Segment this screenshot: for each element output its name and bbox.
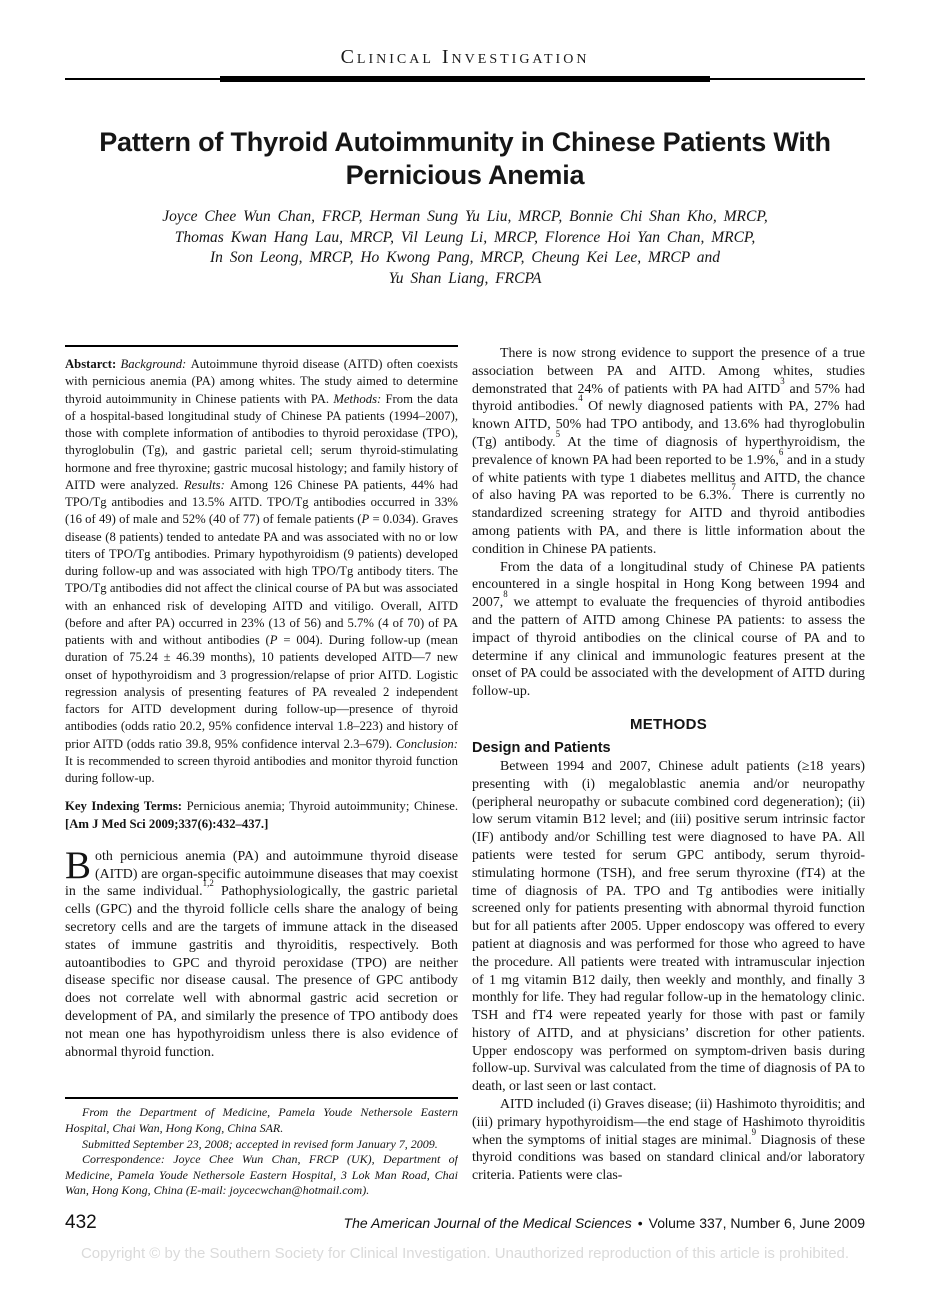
journal-section-label: Clinical Investigation: [65, 0, 865, 69]
left-column: Abstarct: Background: Autoimmune thyroid…: [65, 345, 458, 1199]
issue-info: Volume 337, Number 6, June 2009: [649, 1215, 865, 1231]
footer-bullet: •: [632, 1215, 649, 1231]
background-paragraph-2: From the data of a longitudinal study of…: [472, 559, 865, 701]
right-column: There is now strong evidence to support …: [472, 345, 865, 1199]
header-rule-thin-left: [65, 78, 220, 80]
header-rule: [65, 76, 865, 82]
footnote-block: From the Department of Medicine, Pamela …: [65, 1097, 458, 1199]
abstract-text: Abstarct: Background: Autoimmune thyroid…: [65, 356, 458, 787]
author-line: In Son Leong, MRCP, Ho Kwong Pang, MRCP,…: [65, 248, 865, 269]
abstract-top-rule: [65, 345, 458, 347]
page-footer: 432 The American Journal of the Medical …: [65, 1212, 865, 1234]
key-indexing-terms: Key Indexing Terms: Pernicious anemia; T…: [65, 798, 458, 833]
intro-paragraph-text: oth pernicious anemia (PA) and autoimmun…: [65, 849, 458, 1060]
running-footer: The American Journal of the Medical Scie…: [344, 1215, 865, 1231]
author-block: Joyce Chee Wun Chan, FRCP, Herman Sung Y…: [65, 207, 865, 289]
background-paragraph-1: There is now strong evidence to support …: [472, 345, 865, 559]
journal-page: Clinical Investigation Pattern of Thyroi…: [0, 0, 930, 1262]
author-line: Yu Shan Liang, FRCPA: [65, 269, 865, 290]
footnote-dates: Submitted September 23, 2008; accepted i…: [65, 1137, 458, 1153]
methods-paragraph-1: Between 1994 and 2007, Chinese adult pat…: [472, 758, 865, 1096]
author-line: Joyce Chee Wun Chan, FRCP, Herman Sung Y…: [65, 207, 865, 228]
copyright-watermark: Copyright © by the Southern Society for …: [65, 1245, 865, 1262]
header-rule-thin-right: [710, 78, 865, 80]
article-title: Pattern of Thyroid Autoimmunity in Chine…: [84, 126, 846, 192]
drop-cap: B: [65, 848, 95, 881]
methods-paragraph-2: AITD included (i) Graves disease; (ii) H…: [472, 1096, 865, 1185]
two-column-body: Abstarct: Background: Autoimmune thyroid…: [65, 345, 865, 1199]
header-rule-thick-center: [220, 76, 710, 82]
page-number: 432: [65, 1212, 97, 1234]
intro-paragraph: Both pernicious anemia (PA) and autoimmu…: [65, 848, 458, 1062]
footnote-correspondence: Correspondence: Joyce Chee Wun Chan, FRC…: [65, 1152, 458, 1199]
footnote-affiliation: From the Department of Medicine, Pamela …: [65, 1105, 458, 1136]
methods-heading: METHODS: [472, 716, 865, 733]
author-line: Thomas Kwan Hang Lau, MRCP, Vil Leung Li…: [65, 228, 865, 249]
journal-name: The American Journal of the Medical Scie…: [344, 1215, 632, 1231]
design-and-patients-heading: Design and Patients: [472, 740, 865, 756]
